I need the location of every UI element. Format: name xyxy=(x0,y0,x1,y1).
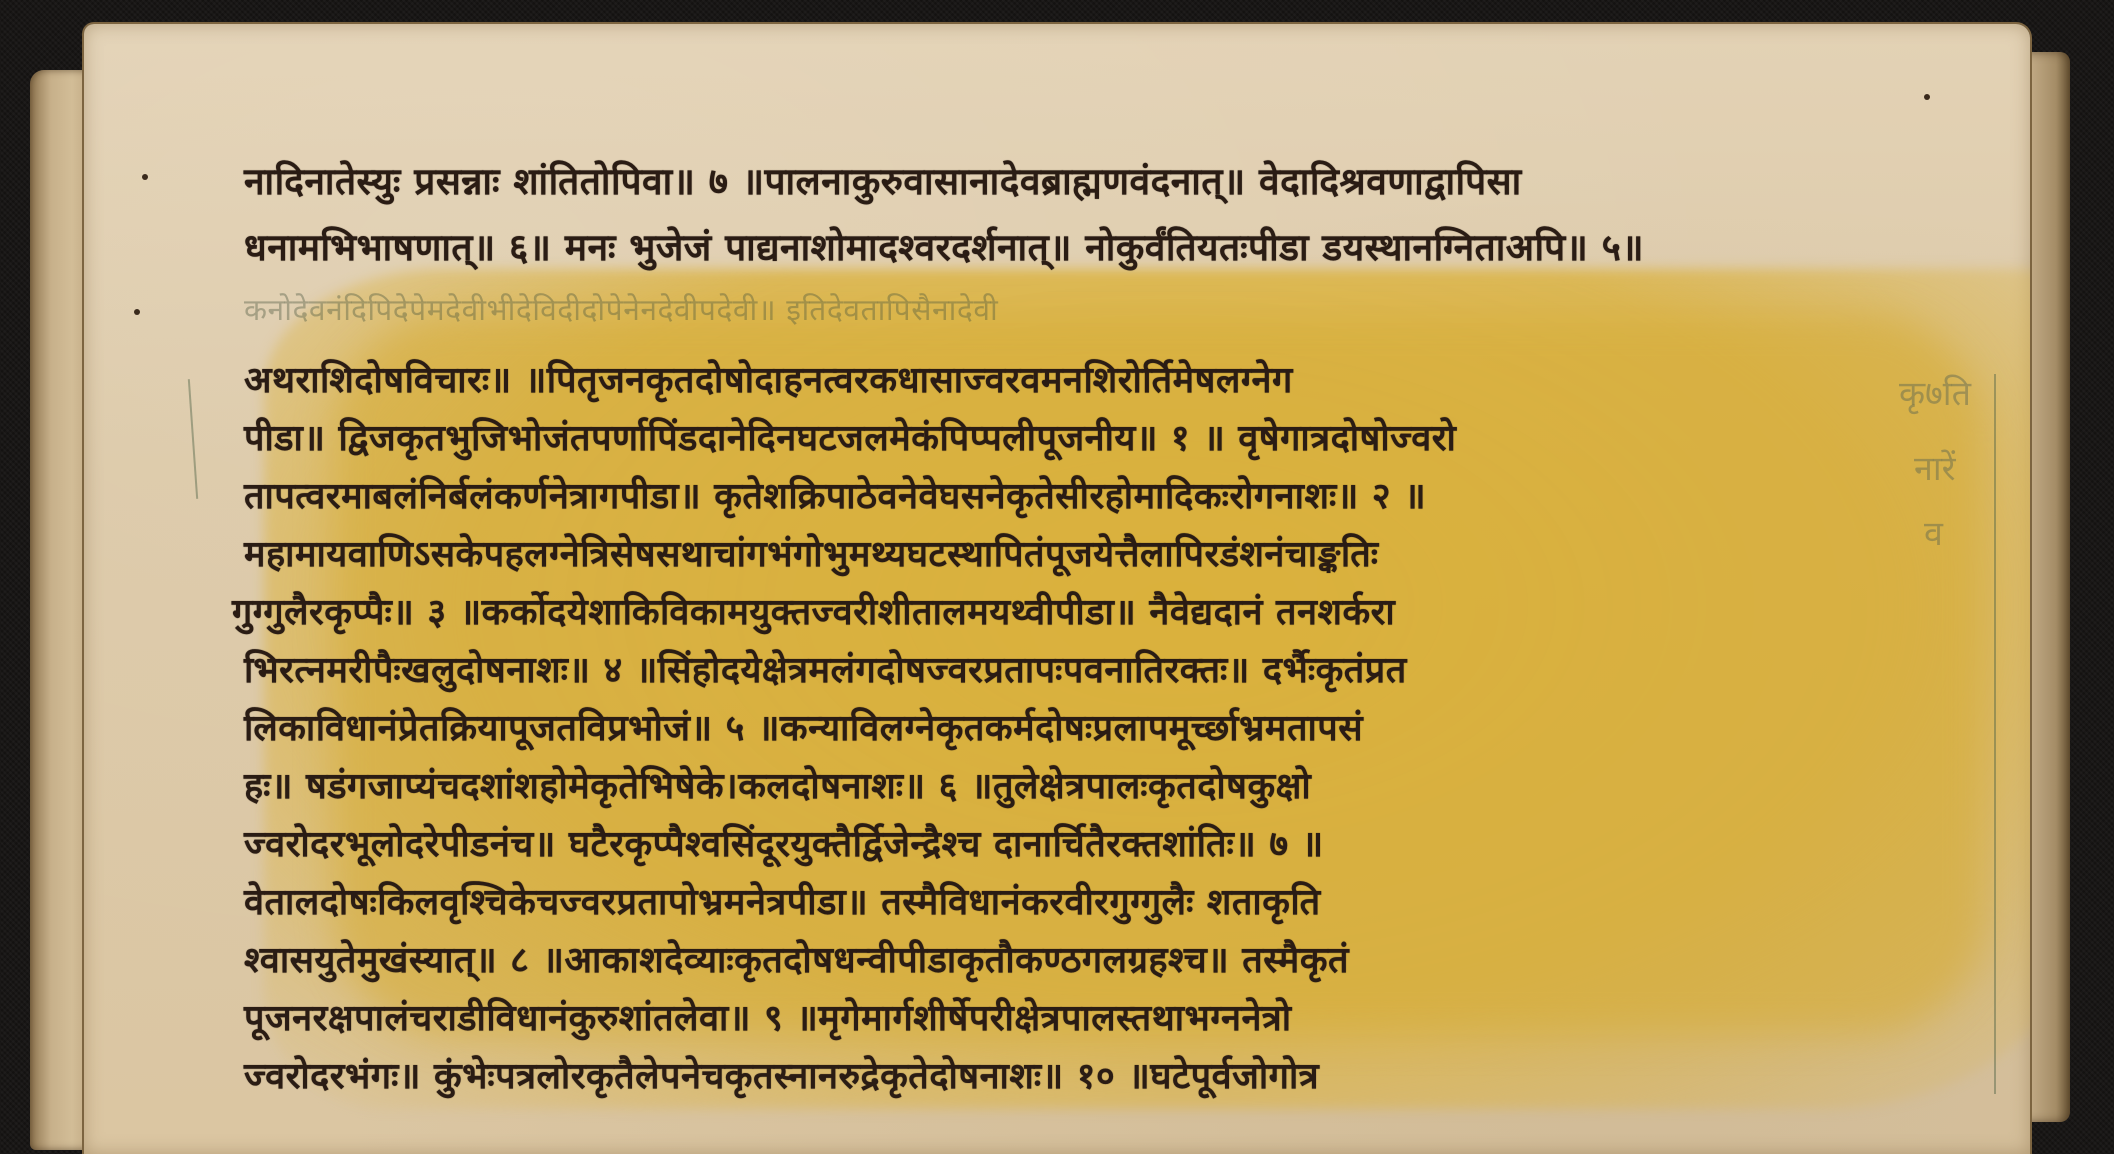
text-line-3: अथराशिदोषविचारः॥ ॥पितृजनकृतदोषोदाहनत्वरक… xyxy=(244,354,1293,403)
margin-note-middle: नारें xyxy=(1914,444,1956,490)
text-line-1: नादिनातेस्युः प्रसन्नाः शांतितोपिवा॥ ७ ॥… xyxy=(244,154,1522,205)
offset-ghost-line: कनोदेवनंदिपिदेपेमदेवीभीदेविदीदोपेनेनदेवी… xyxy=(244,288,998,329)
text-line-7: गुग्गुलैरकृप्पैः॥ ३ ॥कर्कोदयेशाकिविकामयु… xyxy=(232,586,1395,635)
margin-note-lower: व xyxy=(1924,509,1943,555)
text-line-6: महामायवाणिऽसकेपहलग्नेत्रिसेषसथाचांगभंगोभ… xyxy=(244,528,1379,577)
text-line-8: भिरत्नमरीपैःखलुदोषनाशः॥ ४ ॥सिंहोदयेक्षेत… xyxy=(244,644,1407,693)
manuscript-text: नादिनातेस्युः प्रसन्नाः शांतितोपिवा॥ ७ ॥… xyxy=(84,24,2030,1154)
text-line-14: पूजनरक्षपालंचराडीविधानंकुरुशांतलेवा॥ ९ ॥… xyxy=(244,992,1292,1041)
text-line-11: ज्वरोदरभूलोदरेपीडनंच॥ घटैरकृप्पैश्वसिंदू… xyxy=(244,818,1324,867)
text-line-10: हः॥ षडंगजाप्यंचदशांशहोमेकृतेभिषेके।कलदोष… xyxy=(244,760,1311,809)
text-line-12: वेतालदोषःकिलवृश्चिकेचज्वरप्रतापोभ्रमनेत्… xyxy=(244,876,1321,925)
text-line-13: श्वासयुतेमुखंस्यात्॥ ८ ॥आकाशदेव्याःकृतदो… xyxy=(244,934,1349,983)
text-line-2: धनामभिभाषणात्॥ ६॥ मनः भुजेजं पाद्यनाशोमा… xyxy=(244,220,1644,271)
text-line-5: तापत्वरमाबलंनिर्बलंकर्णनेत्रागपीडा॥ कृते… xyxy=(244,470,1426,519)
margin-note-upper: कृ७ति xyxy=(1899,369,1971,415)
text-line-9: लिकाविधानंप्रेतक्रियापूजतविप्रभोजं॥ ५ ॥क… xyxy=(244,702,1363,751)
text-line-15: ज्वरोदरभंगः॥ कुंभेःपत्रलोरकृतैलेपनेचकृतस… xyxy=(244,1050,1319,1099)
manuscript-leaf: नादिनातेस्युः प्रसन्नाः शांतितोपिवा॥ ७ ॥… xyxy=(84,24,2030,1154)
text-line-4: पीडा॥ द्विजकृतभुजिभोजंतपर्णापिंडदानेदिनघ… xyxy=(244,412,1456,461)
